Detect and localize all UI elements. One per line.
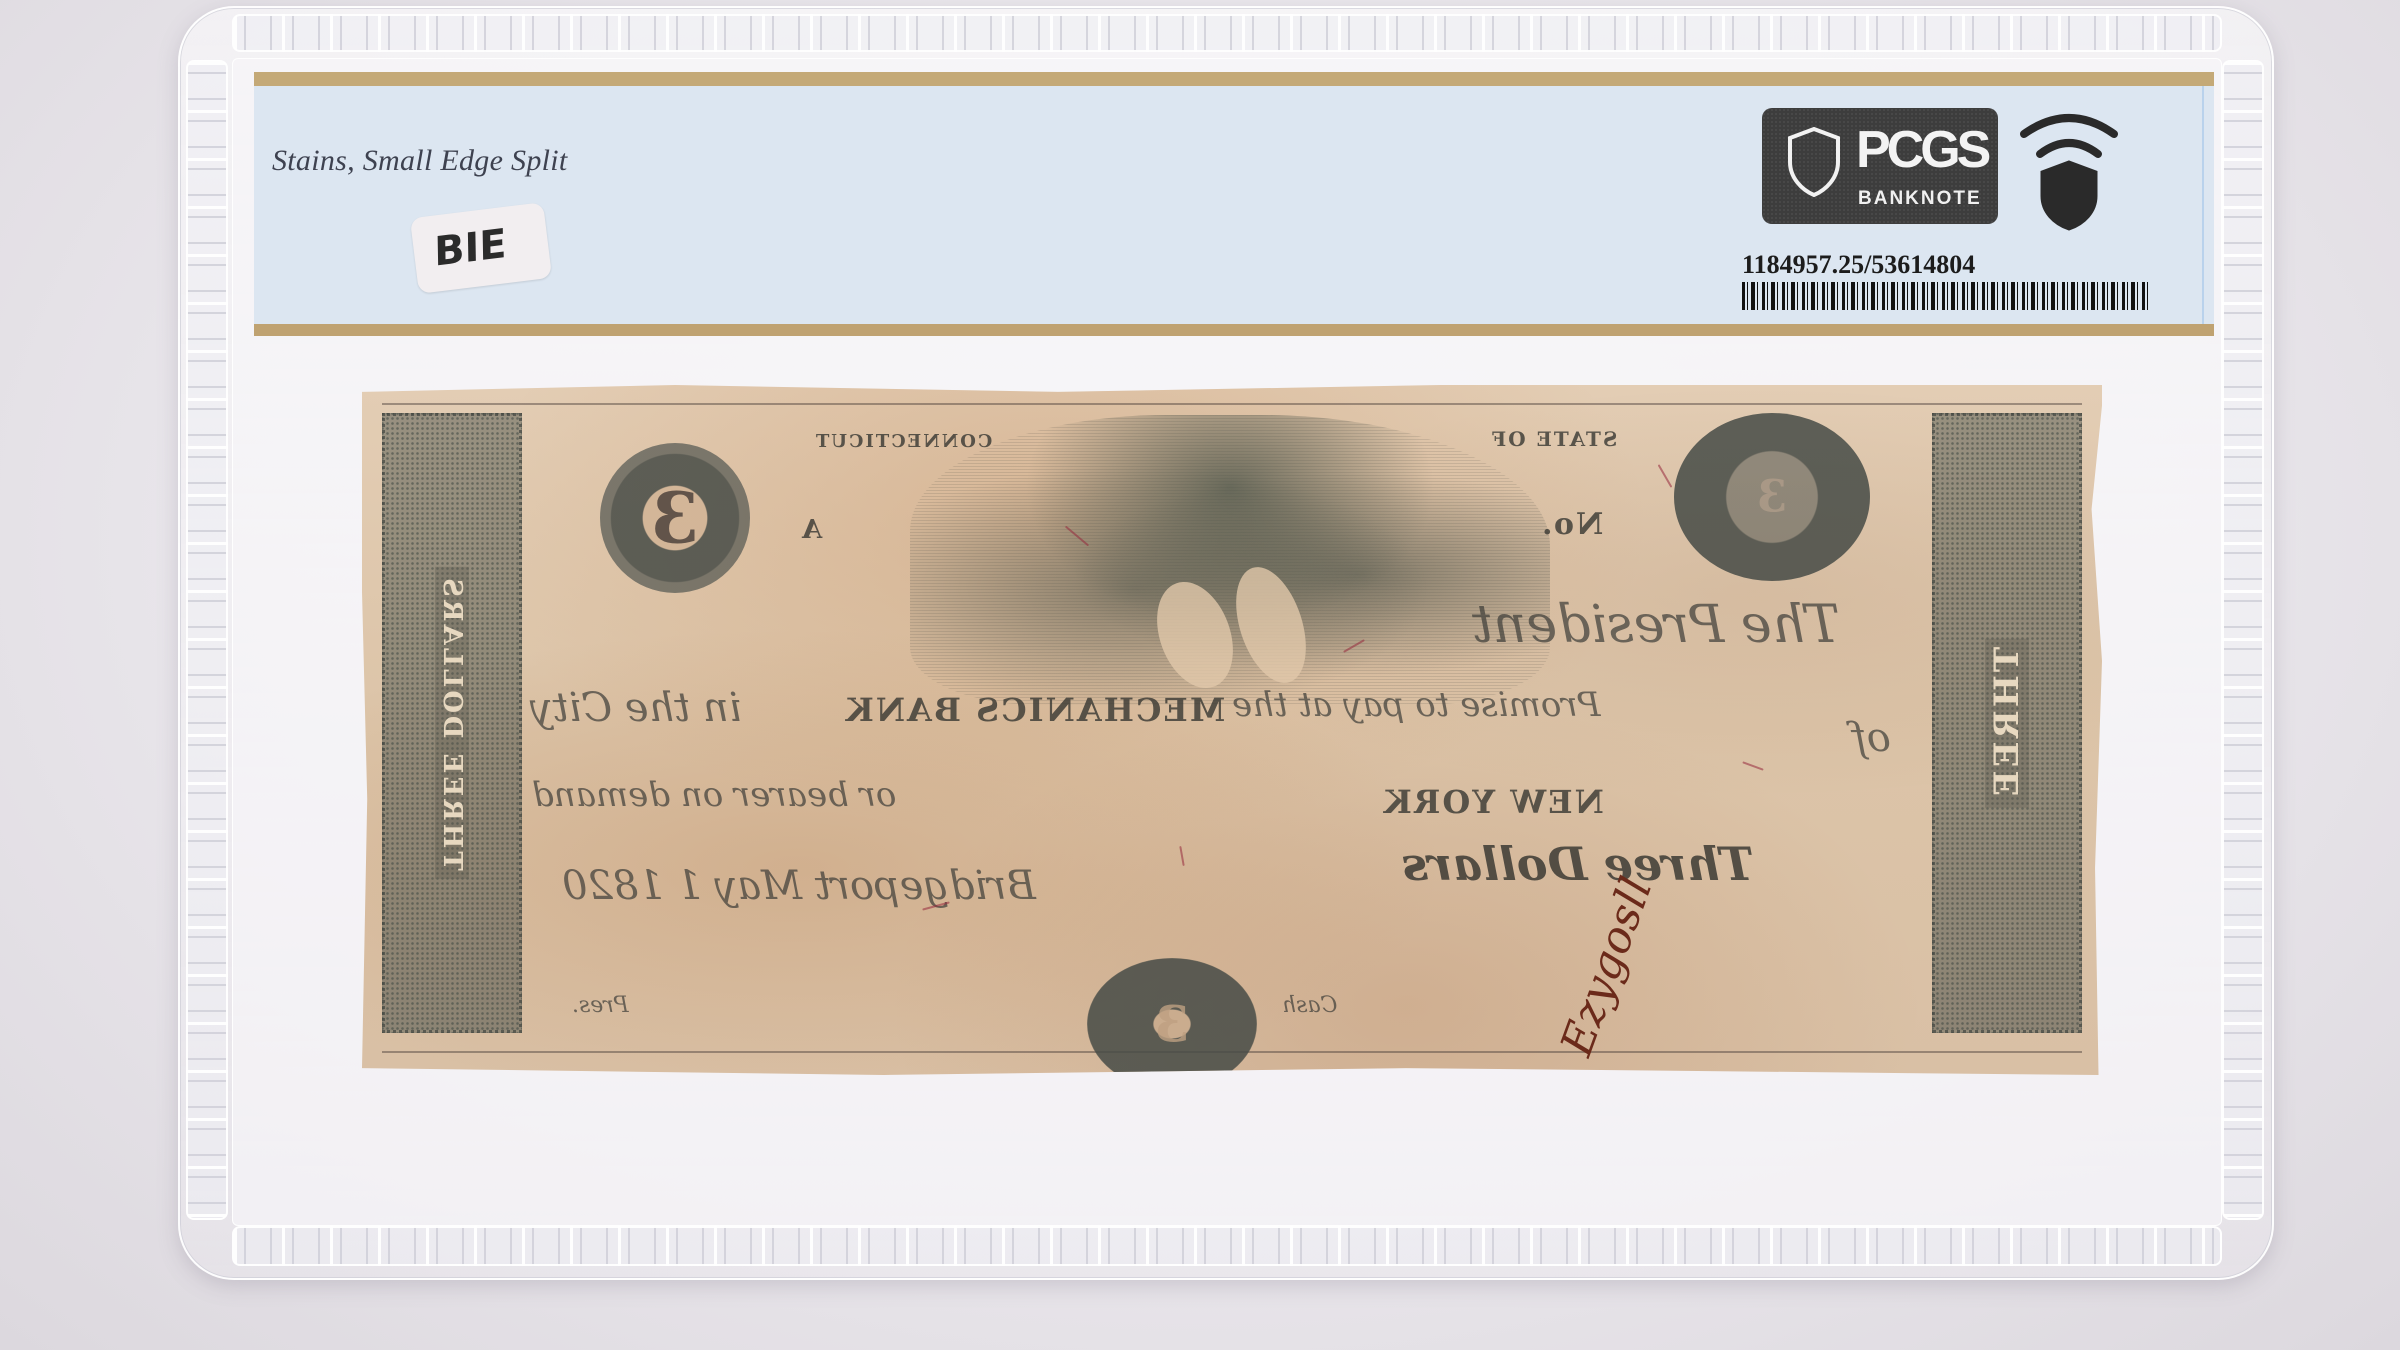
medallion-numeral: 3	[1155, 995, 1190, 1054]
president-label: Pres.	[572, 993, 629, 1018]
bank-name: MECHANICS BANK	[844, 691, 1225, 729]
logo-subtitle: BANKNOTE	[1858, 188, 1982, 210]
script-line-of: of	[1852, 715, 1891, 761]
sticker-text: BIE	[434, 221, 507, 276]
series-letter: A	[800, 515, 822, 545]
barcode	[1742, 282, 2150, 310]
note-top-rule	[382, 403, 2082, 405]
serial-prefix: No.	[1540, 507, 1603, 542]
signature: Ezygosll	[1551, 871, 1662, 1063]
holder-greek-key-border-left	[186, 60, 228, 1220]
left-panel-text: THREE DOLLARS	[435, 567, 469, 879]
grading-label: Stains, Small Edge Split BIE PCGS BANKNO…	[254, 72, 2214, 336]
script-line-promise: Promise to pay at the	[1232, 685, 1601, 725]
holder-greek-key-border-right	[2222, 60, 2264, 1220]
banknote: THREE DOLLARS THREE 3 3 3 STATE OF CONNE…	[362, 385, 2102, 1075]
allegorical-vignette	[910, 415, 1550, 705]
left-end-panel: THREE DOLLARS	[382, 413, 522, 1033]
label-comments: Stains, Small Edge Split	[272, 144, 568, 178]
script-line-president: The President	[1472, 595, 1840, 655]
script-line-city: in the City	[530, 685, 742, 731]
paper-fiber	[1658, 464, 1673, 488]
nfc-shield-icon	[2014, 108, 2124, 232]
shield-icon	[1786, 126, 1842, 198]
state-name: CONNECTICUT	[814, 431, 992, 452]
denomination-medallion-top-right: 3	[1674, 413, 1870, 581]
medallion-numeral: 3	[651, 477, 700, 560]
script-line-bearer: or bearer on demand	[532, 775, 896, 815]
right-panel-text: THREE	[1985, 639, 2029, 808]
cert-number: 1184957.25/53614804	[1742, 250, 1975, 280]
medallion-numeral: 3	[1757, 472, 1788, 523]
holder-greek-key-border-bottom	[232, 1226, 2222, 1266]
denomination-medallion-top-left: 3	[600, 443, 750, 593]
city-name: NEW YORK	[1382, 783, 1604, 821]
paper-fiber	[1179, 846, 1184, 866]
paper-fiber	[1742, 761, 1763, 770]
cashier-label: Cash	[1282, 993, 1337, 1018]
handwritten-sticker: BIE	[410, 202, 552, 294]
holder-greek-key-border-top	[232, 14, 2222, 52]
date-line: Bridgeport May 1 1820	[562, 863, 1036, 909]
denomination-text: Three Dollars	[1402, 837, 1754, 891]
vignette-figure-drapery	[1143, 571, 1246, 698]
vignette-shield	[1223, 558, 1319, 691]
denomination-medallion-bottom: 3	[1087, 958, 1257, 1090]
pcgs-banknote-logo: PCGS BANKNOTE	[1762, 108, 1998, 224]
right-end-panel: THREE	[1932, 413, 2082, 1033]
logo-brand: PCGS	[1856, 120, 1987, 180]
state-header: STATE OF	[1490, 427, 1617, 451]
